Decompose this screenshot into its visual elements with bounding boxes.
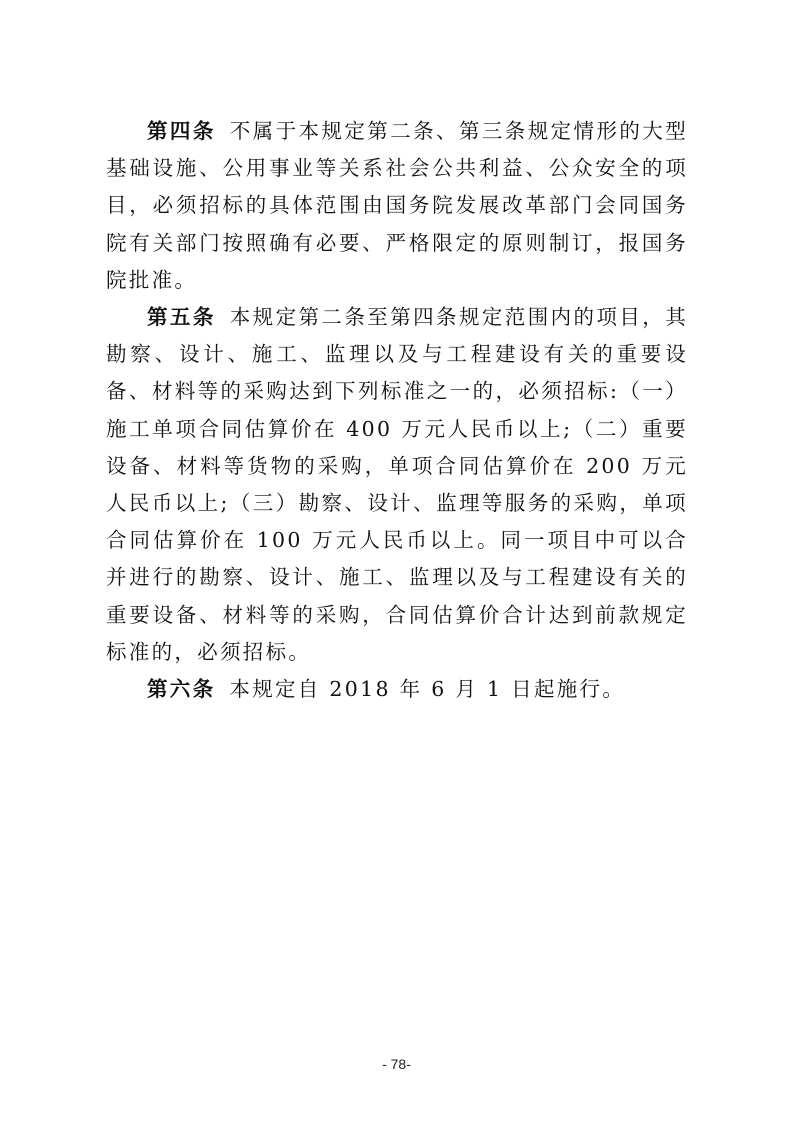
- article-text: 本规定第二条至第四条规定范围内的项目，其勘察、设计、施工、监理以及与工程建设有关…: [106, 305, 688, 664]
- article-text: 不属于本规定第二条、第三条规定情形的大型基础设施、公用事业等关系社会公共利益、公…: [106, 119, 688, 292]
- article-heading: 第四条: [147, 119, 216, 143]
- article-6: 第六条本规定自 2018 年 6 月 1 日起施行。: [106, 671, 688, 708]
- page-number: - 78-: [0, 1056, 793, 1072]
- article-text: 本规定自 2018 年 6 月 1 日起施行。: [229, 677, 625, 701]
- document-body: 第四条不属于本规定第二条、第三条规定情形的大型基础设施、公用事业等关系社会公共利…: [106, 113, 688, 708]
- document-page: 第四条不属于本规定第二条、第三条规定情形的大型基础设施、公用事业等关系社会公共利…: [0, 0, 793, 1122]
- article-heading: 第五条: [147, 305, 216, 329]
- article-4: 第四条不属于本规定第二条、第三条规定情形的大型基础设施、公用事业等关系社会公共利…: [106, 113, 688, 299]
- article-heading: 第六条: [147, 677, 215, 701]
- article-5: 第五条本规定第二条至第四条规定范围内的项目，其勘察、设计、施工、监理以及与工程建…: [106, 299, 688, 671]
